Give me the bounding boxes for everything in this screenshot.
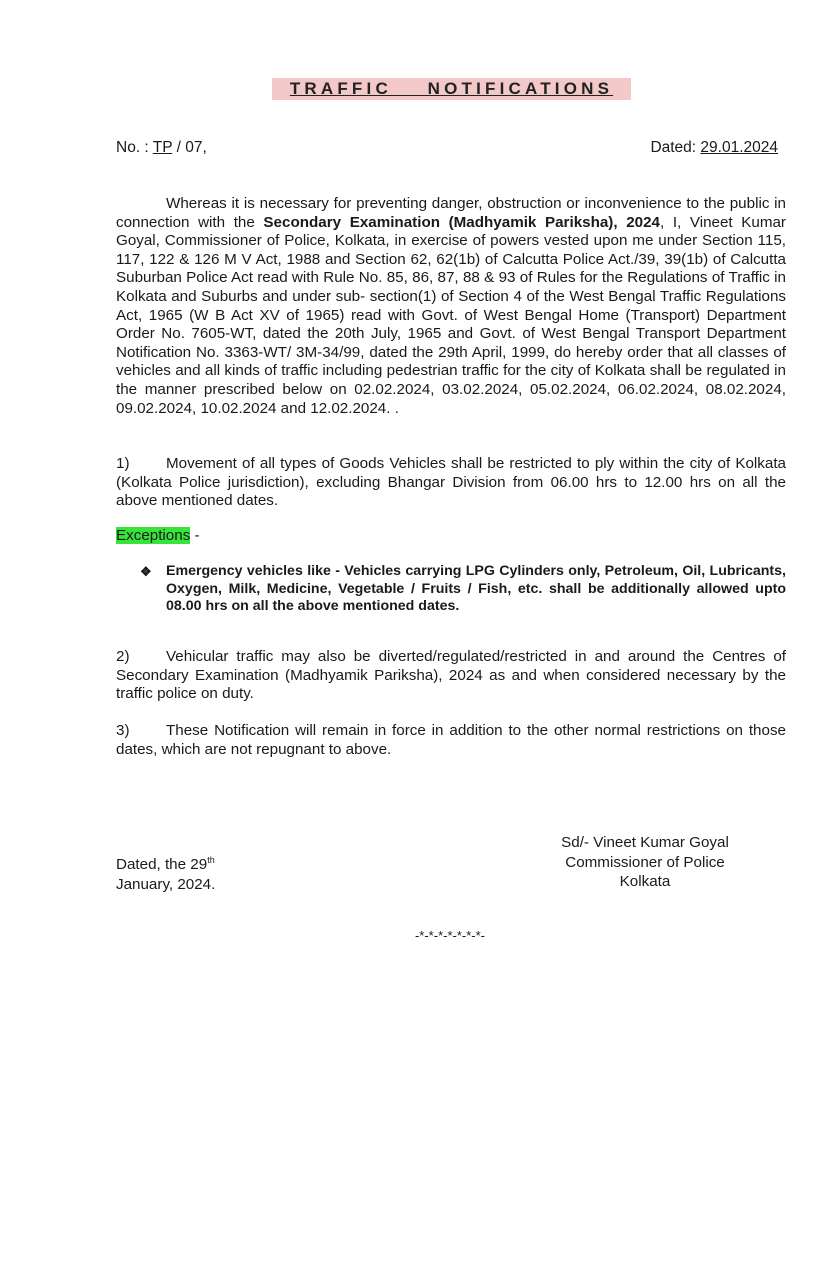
exceptions-bullet: ❖ Emergency vehicles like - Vehicles car… bbox=[140, 563, 786, 616]
signatory-block: Sd/- Vineet Kumar Goyal Commissioner of … bbox=[545, 833, 745, 892]
point-2: 2)Vehicular traffic may also be diverted… bbox=[116, 648, 786, 704]
intro-paragraph: Whereas it is necessary for preventing d… bbox=[116, 195, 786, 418]
signatory-location: Kolkata bbox=[545, 872, 745, 892]
signatory-designation: Commissioner of Police bbox=[545, 853, 745, 873]
diamond-bullet-icon: ❖ bbox=[140, 563, 152, 581]
exam-name: Secondary Examination (Madhyamik Pariksh… bbox=[263, 214, 660, 231]
document-title: TRAFFIC NOTIFICATIONS bbox=[272, 78, 631, 100]
ref-code: TP bbox=[153, 139, 173, 156]
end-mark: -*-*-*-*-*-*-*- bbox=[400, 928, 500, 943]
signature-date: Dated, the 29th January, 2024. bbox=[116, 851, 215, 894]
point-3: 3)These Notification will remain in forc… bbox=[116, 722, 786, 759]
point-1: 1)Movement of all types of Goods Vehicle… bbox=[116, 455, 786, 511]
exceptions-heading: Exceptions - bbox=[116, 527, 200, 545]
reference-number: No. : TP / 07, bbox=[116, 138, 207, 158]
signatory-name: Sd/- Vineet Kumar Goyal bbox=[545, 833, 745, 853]
notification-page: TRAFFIC NOTIFICATIONS No. : TP / 07, Dat… bbox=[0, 0, 838, 1280]
dated-field: Dated: 29.01.2024 bbox=[650, 138, 778, 158]
exceptions-label: Exceptions bbox=[116, 527, 190, 544]
dated-value: 29.01.2024 bbox=[700, 139, 778, 156]
